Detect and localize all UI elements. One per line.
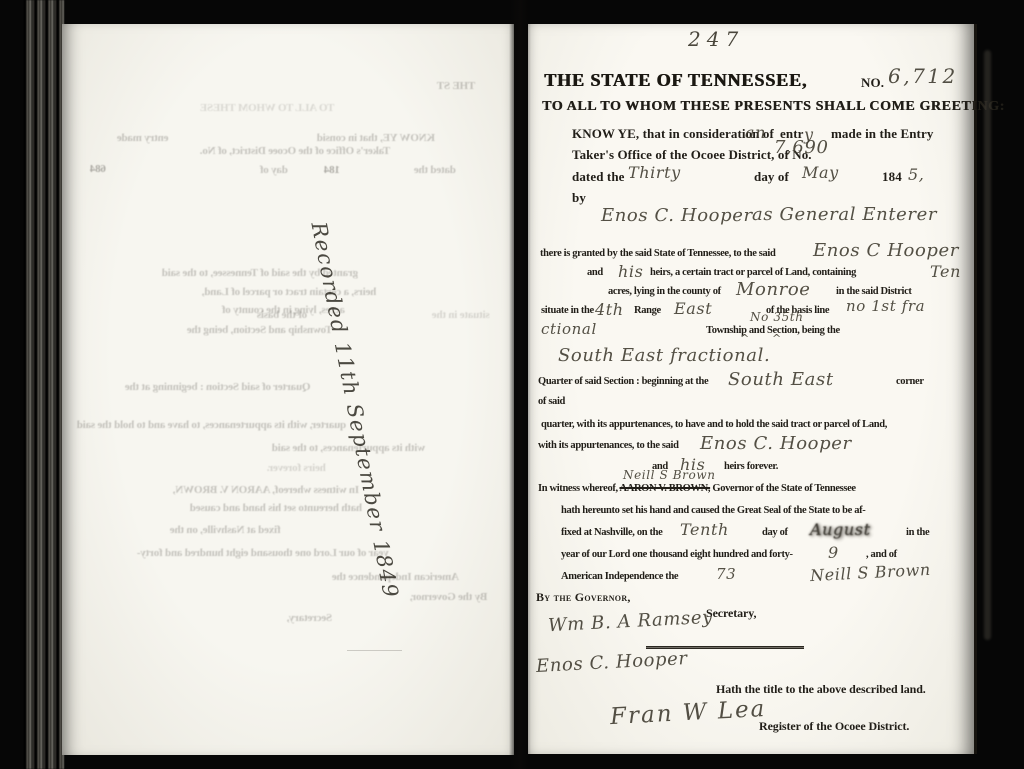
printed-text: hath hereunto set his hand and caused th… — [561, 505, 865, 516]
printed-text: Quarter of said Section : beginning at t… — [538, 376, 708, 387]
bleedthrough-line: In witness whereof, AARON V. BROWN, — [173, 484, 359, 496]
bleedthrough-line: By the Governor, — [410, 591, 487, 603]
printed-text: day of — [762, 527, 788, 538]
grantee-name-handwritten: Enos C. Hooper — [700, 433, 852, 454]
printed-text: dated the — [572, 169, 625, 185]
printed-text: by — [572, 190, 586, 206]
register-label: Register of the Ocoee District. — [759, 719, 909, 734]
printed-text: there is granted by the said State of Te… — [540, 248, 775, 259]
handwritten-text: an — [745, 123, 766, 142]
printed-text: Range — [634, 305, 661, 316]
seal-year-handwritten: 9 — [828, 543, 839, 562]
secretary-label: Secretary, — [706, 606, 756, 621]
handwritten-text: his — [618, 262, 643, 281]
book-gutter-shadow — [509, 0, 531, 769]
bleedthrough-line: Secretary, — [287, 612, 332, 624]
greeting-line: TO ALL TO WHOM THESE PRESENTS SHALL COME… — [542, 99, 1005, 115]
printed-text: fixed at Nashville, on the — [561, 527, 662, 538]
grantee-name-handwritten: Enos C Hooper — [813, 240, 959, 261]
printed-text: 184 — [882, 169, 902, 185]
corner-handwritten: South East — [728, 369, 834, 390]
seal-day-handwritten: Tenth — [680, 520, 729, 539]
interlined-governor-name-handwritten: Neill S Brown — [623, 468, 716, 482]
printed-text: , and of — [866, 549, 897, 560]
printed-text: KNOW YE, that in consideration of — [572, 126, 774, 142]
bleedthrough-line: heirs, a certain tract or parcel of Land… — [202, 286, 376, 298]
township-handwritten: no 1st fra — [846, 297, 925, 315]
grant-number-label: NO. — [861, 75, 884, 91]
printed-text: made in the Entry — [831, 126, 933, 142]
next-page-edge — [984, 50, 991, 640]
secretary-signature-handwritten: Wm B. A Ramsey — [548, 607, 714, 637]
struck-governor-name: AARON V. BROWN, — [619, 483, 710, 494]
printed-text: in the said District — [836, 286, 912, 297]
bleedthrough-rule — [347, 650, 402, 651]
entry-day-handwritten: Thirty — [628, 163, 681, 182]
bleedthrough-line: day of — [260, 164, 288, 176]
county-handwritten: Monroe — [736, 279, 811, 300]
range-direction-handwritten: East — [674, 299, 712, 318]
entry-month-handwritten: May — [802, 163, 839, 182]
enterer-name-handwritten: Enos C. Hooper — [601, 205, 753, 226]
bleedthrough-line: entry made — [117, 132, 168, 144]
document-title: THE STATE OF TENNESSEE, — [544, 70, 807, 91]
printed-text: heirs forever. — [724, 461, 778, 472]
printed-text: Governor of the State of Tennessee — [712, 483, 855, 494]
printed-text: situate in the — [541, 305, 594, 316]
grantee-signature-handwritten: Enos C. Hooper — [536, 648, 689, 677]
right-page: 247 THE STATE OF TENNESSEE, NO. 6,712 TO… — [528, 24, 977, 754]
enterer-role-handwritten: as General Enterer — [752, 204, 937, 225]
seal-month-handwritten: August — [810, 520, 871, 539]
independence-year-handwritten: 73 — [716, 565, 736, 583]
bleedthrough-line: hath hereunto set his hand and caused — [190, 502, 362, 514]
bleedthrough-line: THE ST — [437, 80, 475, 92]
bleedthrough-line: Quarter of said Section : beginning at t… — [125, 381, 310, 393]
book-page-edges-texture — [24, 0, 64, 769]
bleedthrough-line: of the basis — [257, 309, 307, 321]
printed-text: corner — [896, 376, 924, 387]
bleedthrough-line: year of our Lord one thousand eight hund… — [137, 547, 389, 559]
governor-signature-handwritten: Neill S Brown — [810, 560, 932, 585]
printed-text: and — [587, 267, 603, 278]
bleedthrough-line: KNOW YE, that in consid — [317, 132, 435, 144]
hath-title-statement: Hath the title to the above described la… — [716, 682, 926, 697]
bleedthrough-line: 184 — [324, 164, 340, 176]
entry-number-handwritten: 7,690 — [774, 137, 829, 158]
bleedthrough-line: Taker's Office of the Ocoee District, of… — [200, 145, 390, 157]
printed-text: in the — [906, 527, 929, 538]
quarter-description-handwritten: South East fractional. — [558, 345, 770, 366]
bleedthrough-line: 684 — [90, 163, 106, 175]
printed-text: with its appurtenances, to the said — [538, 440, 679, 451]
printed-text: quarter, with its appurtenances, to have… — [541, 419, 887, 430]
printed-text: acres, lying in the county of — [608, 286, 721, 297]
section-number-handwritten: No 35th — [750, 310, 804, 324]
witness-line: In witness whereof, AARON V. BROWN, Gove… — [538, 483, 856, 494]
scanned-book-spread: THE ST TO ALL TO WHOM THESE entry made K… — [0, 0, 1024, 769]
caret-mark: ^ — [740, 332, 750, 345]
bleedthrough-line: TO ALL TO WHOM THESE — [200, 102, 334, 114]
page-number-handwritten: 247 — [688, 27, 744, 51]
range-number-handwritten: 4th — [595, 300, 624, 319]
bleedthrough-line: Township and Section, being the — [187, 324, 332, 336]
township-handwritten-cont: ctional — [541, 320, 597, 338]
printed-text: year of our Lord one thousand eight hund… — [561, 549, 793, 560]
by-the-governor-label: By the Governor, — [536, 590, 631, 605]
grant-number-handwritten: 6,712 — [888, 64, 958, 88]
left-page: THE ST TO ALL TO WHOM THESE entry made K… — [62, 24, 514, 755]
bleedthrough-line: fixed at Nashville, on the — [170, 524, 281, 536]
bleedthrough-line: heirs forever. — [267, 462, 326, 474]
printed-text: day of — [754, 169, 789, 185]
printed-text: In witness whereof, — [538, 483, 618, 494]
printed-text: American Independence the — [561, 571, 678, 582]
acreage-handwritten: Ten — [930, 262, 961, 281]
printed-text: of said — [538, 396, 565, 407]
caret-mark: ^ — [772, 332, 782, 345]
entry-year-handwritten: 5, — [908, 165, 924, 184]
printed-text: heirs, a certain tract or parcel of Land… — [650, 267, 856, 278]
bleedthrough-line: quarter, with its appurtenances, to have… — [77, 419, 346, 431]
register-signature-handwritten: Fran W Lea — [609, 696, 766, 730]
bleedthrough-line: situate in the — [432, 309, 490, 321]
bleedthrough-line: dated the — [414, 164, 456, 176]
